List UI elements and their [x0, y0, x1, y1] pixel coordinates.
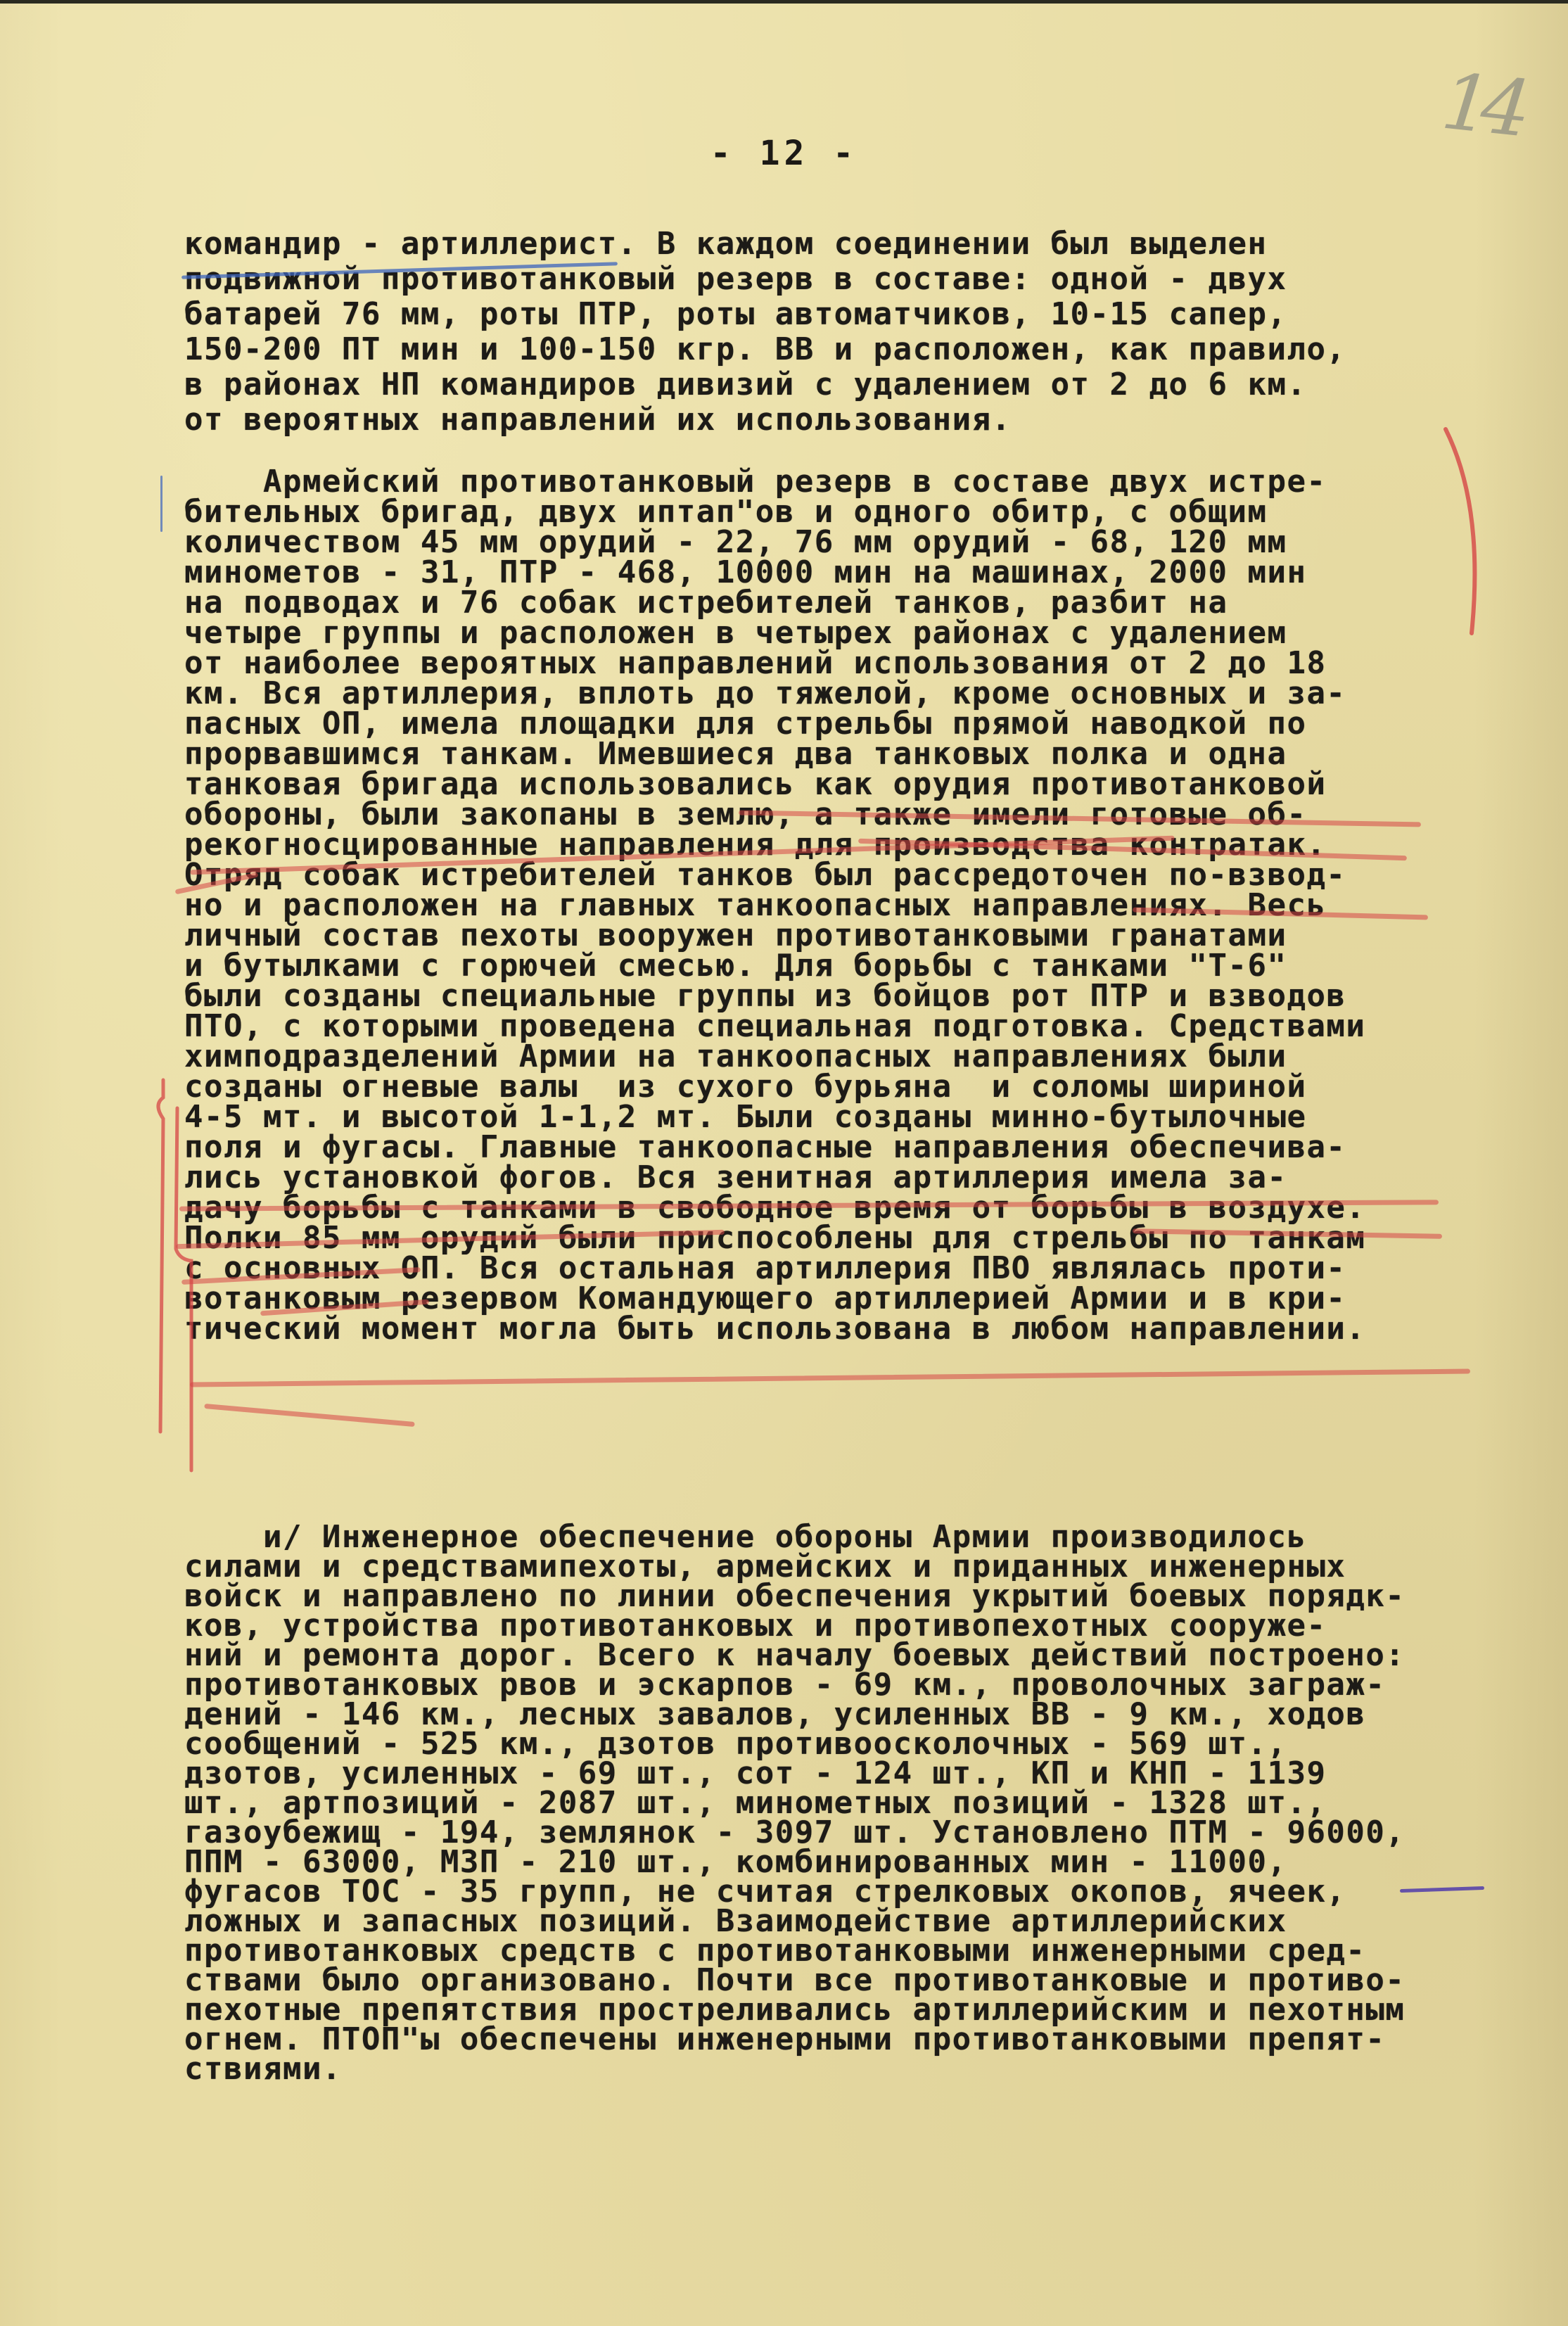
text-line: ствиями. [184, 2052, 342, 2087]
text-line: батарей 76 мм, роты ПТР, роты автоматчик… [184, 297, 1287, 332]
text-line: тический момент могла быть использована … [184, 1311, 1365, 1347]
text-line: подвижной противотанковый резерв в соста… [184, 262, 1287, 297]
blue-pencil-margin-mark [160, 476, 162, 532]
text-line: от вероятных направлений их использовани… [184, 402, 1012, 438]
red-pencil-underline [190, 1368, 1470, 1387]
text-line: в районах НП командиров дивизий с удален… [184, 367, 1306, 402]
scan-top-edge [0, 0, 1568, 4]
page-number: - 12 - [0, 134, 1568, 173]
text-line: 150-200 ПТ мин и 100-150 кгр. ВВ и распо… [184, 332, 1346, 367]
text-line: огнем. ПТОП"ы обеспечены инженерными про… [184, 2022, 1385, 2057]
violet-pencil-underline [1400, 1886, 1484, 1893]
red-pencil-underline [204, 1404, 414, 1427]
red-pencil-bracket-right [1435, 422, 1491, 647]
text-line: командир - артиллерист. В каждом соедине… [184, 227, 1267, 262]
